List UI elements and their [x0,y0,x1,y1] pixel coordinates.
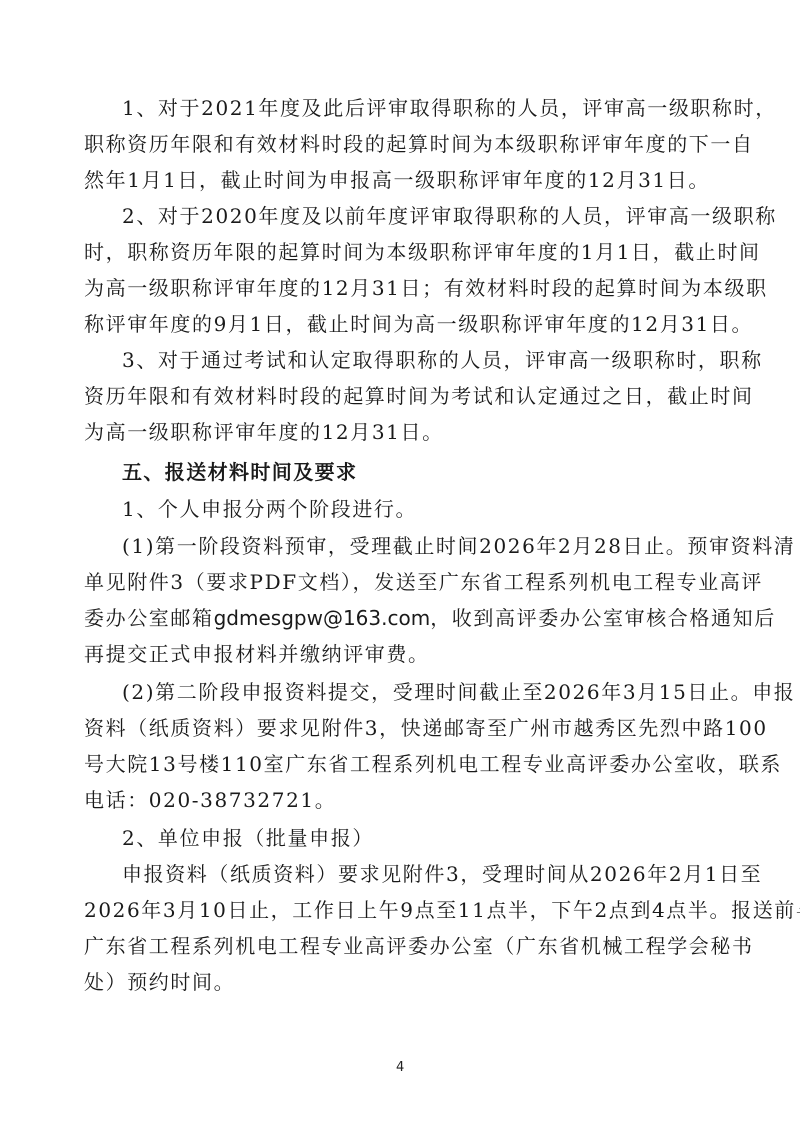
paragraph-line: (1)第一阶段资料预审，受理截止时间2026年2月28日止。预审资料清 [122,534,714,558]
paragraph-line: 2、对于2020年度及以前年度评审取得职称的人员，评审高一级职称 [122,204,714,228]
page-number: 4 [396,1060,404,1075]
paragraph-line: 再提交正式申报材料并缴纳评审费。 [84,642,714,666]
paragraph-line: 职称资历年限和有效材料时段的起算时间为本级职称评审年度的下一自 [84,132,714,156]
paragraph-line: 申报资料（纸质资料）要求见附件3，受理时间从2026年2月1日至 [122,862,714,886]
paragraph-line: 电话：020-38732721。 [84,788,714,812]
paragraph-line: 为高一级职称评审年度的12月31日。 [84,420,714,444]
paragraph-line: 1、个人申报分两个阶段进行。 [122,497,714,521]
email-address: gdmesgpw@163.com [214,606,431,630]
paragraph-line: 单见附件3（要求PDF文档），发送至广东省工程系列机电工程专业高评 [84,570,714,594]
paragraph-line: 资料（纸质资料）要求见附件3，快递邮寄至广州市越秀区先烈中路100 [84,716,714,740]
paragraph-line: 为高一级职称评审年度的12月31日；有效材料时段的起算时间为本级职 [84,276,714,300]
paragraph-line: 3、对于通过考试和认定取得职称的人员，评审高一级职称时，职称 [122,348,714,372]
text-segment: ，收到高评委办公室审核合格通知后 [430,606,776,630]
paragraph-line: 号大院13号楼110室广东省工程系列机电工程专业高评委办公室收，联系 [84,752,714,776]
paragraph-line: 2、单位申报（批量申报） [122,826,714,850]
paragraph-line: 称评审年度的9月1日，截止时间为高一级职称评审年度的12月31日。 [84,312,714,336]
paragraph-line: 然年1月1日，截止时间为申报高一级职称评审年度的12月31日。 [84,168,714,192]
paragraph-line: 广东省工程系列机电工程专业高评委办公室（广东省机械工程学会秘书 [84,934,714,958]
paragraph-line: 2026年3月10日止，工作日上午9点至11点半，下午2点到4点半。报送前与 [84,898,714,922]
paragraph-line: 资历年限和有效材料时段的起算时间为考试和认定通过之日，截止时间 [84,384,714,408]
paragraph-line: 委办公室邮箱gdmesgpw@163.com，收到高评委办公室审核合格通知后 [84,606,714,630]
paragraph-line: 处）预约时间。 [84,970,714,994]
document-page: 1、对于2021年度及此后评审取得职称的人员，评审高一级职称时， 职称资历年限和… [0,0,800,1130]
paragraph-line: 时，职称资历年限的起算时间为本级职称评审年度的1月1日，截止时间 [84,240,714,264]
paragraph-line: 1、对于2021年度及此后评审取得职称的人员，评审高一级职称时， [122,96,714,120]
section-heading: 五、报送材料时间及要求 [122,460,714,484]
paragraph-line: (2)第二阶段申报资料提交，受理时间截止至2026年3月15日止。申报 [122,680,714,704]
text-segment: 委办公室邮箱 [84,606,214,630]
